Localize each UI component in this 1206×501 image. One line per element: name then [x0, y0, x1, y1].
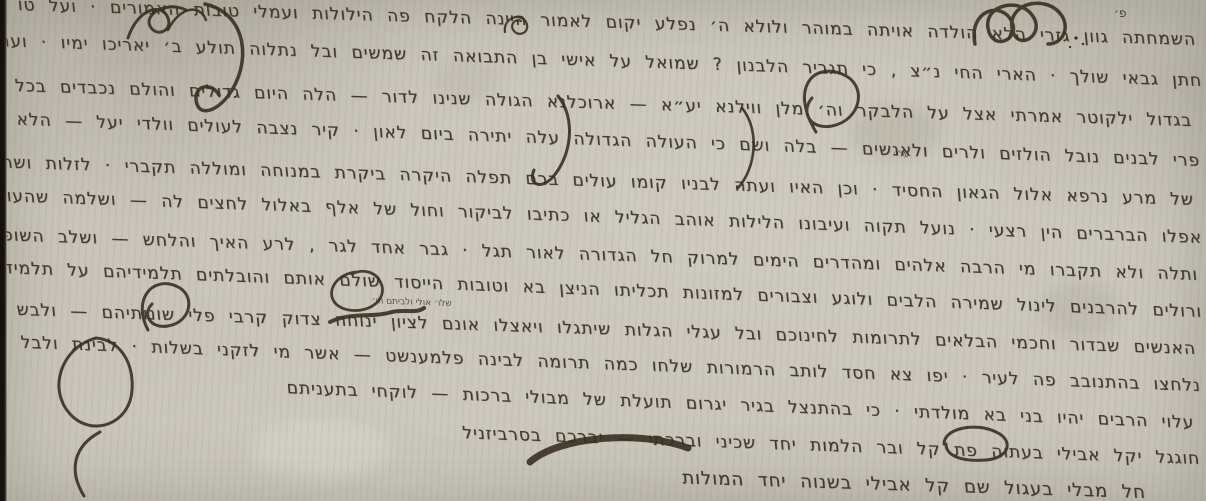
flourish-swash-icon [75, 432, 100, 496]
header-mark: פ׳ [1114, 6, 1126, 20]
interlinear-note: עלי׳ [893, 149, 910, 160]
interlinear-note: שלו׳ אולי ולביתם וזי׳ [372, 296, 453, 309]
manuscript-line: חל מבלי בעגול שם קל אבילי בשנוה יחד המול… [681, 467, 1146, 501]
manuscript-line: חוגגל יקל אבילי בעתוה פת קל ובר הלמות יח… [461, 423, 1200, 469]
manuscript-page: השמחתה גוון גזרי הלא הולדה אויתה במוהר ו… [0, 0, 1206, 501]
paper-stain [250, 420, 390, 480]
